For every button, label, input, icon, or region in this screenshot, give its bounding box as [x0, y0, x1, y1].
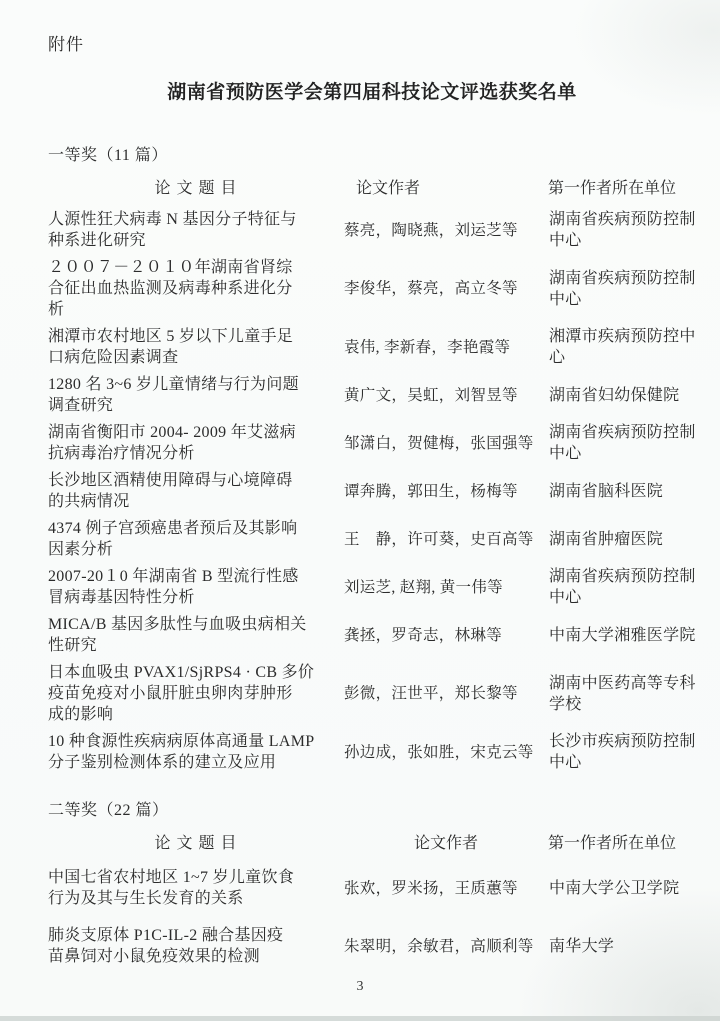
paper-authors: 李俊华，蔡亮，高立冬等 — [344, 278, 548, 299]
table-row: 湘潭市农村地区 5 岁以下儿童手足 口病危险因素调查 袁伟, 李新春，李艳霞等 … — [48, 326, 696, 368]
paper-institution: 湖南省疾病预防控制 中心 — [548, 268, 696, 310]
paper-title: 长沙地区酒精使用障碍与心境障碍 的共病情况 — [48, 470, 344, 512]
paper-authors: 彭微，汪世平，郑长黎等 — [344, 683, 548, 704]
table-row: 10 种食源性疾病病原体高通量 LAMP 分子鉴别检测体系的建立及应用 孙边成，… — [48, 731, 696, 773]
page-content: 附件 湖南省预防医学会第四届科技论文评选获奖名单 一等奖（11 篇） 论 文 题… — [0, 0, 720, 967]
first-prize-heading: 一等奖（11 篇） — [48, 142, 696, 165]
table-row: MICA/B 基因多肽性与血吸虫病相关 性研究 龚拯，罗奇志，林琳等 中南大学湘… — [48, 614, 696, 656]
column-header-authors: 论文作者 — [344, 175, 548, 198]
second-prize-table: 中国七省农村地区 1~7 岁儿童饮食 行为及其与生长发育的关系 张欢，罗米扬，王… — [48, 867, 696, 967]
paper-institution: 湖南省肿瘤医院 — [548, 529, 696, 550]
paper-institution: 湖南中医药高等专科 学校 — [548, 673, 696, 715]
table-row: 长沙地区酒精使用障碍与心境障碍 的共病情况 谭奔腾，郭田生，杨梅等 湖南省脑科医… — [48, 470, 696, 512]
paper-authors: 张欢，罗米扬，王质蕙等 — [344, 878, 548, 899]
table-row: 日本血吸虫 PVAX1/SjRPS4 · CB 多价 疫苗免疫对小鼠肝脏虫卵肉芽… — [48, 662, 696, 725]
paper-title: MICA/B 基因多肽性与血吸虫病相关 性研究 — [48, 614, 344, 656]
scan-edge-artifact — [0, 1016, 720, 1021]
paper-institution: 湖南省妇幼保健院 — [548, 385, 696, 406]
table-row: 人源性狂犬病毒 N 基因分子特征与 种系进化研究 蔡亮，陶晓燕，刘运芝等 湖南省… — [48, 209, 696, 251]
paper-institution: 南华大学 — [548, 936, 696, 957]
paper-authors: 谭奔腾，郭田生，杨梅等 — [344, 481, 548, 502]
paper-authors: 刘运芝, 赵翔, 黄一伟等 — [344, 577, 548, 598]
paper-institution: 长沙市疾病预防控制 中心 — [548, 731, 696, 773]
paper-title: 湘潭市农村地区 5 岁以下儿童手足 口病危险因素调查 — [48, 326, 344, 368]
paper-title: 日本血吸虫 PVAX1/SjRPS4 · CB 多价 疫苗免疫对小鼠肝脏虫卵肉芽… — [48, 662, 344, 725]
paper-authors: 蔡亮，陶晓燕，刘运芝等 — [344, 220, 548, 241]
paper-title: 10 种食源性疾病病原体高通量 LAMP 分子鉴别检测体系的建立及应用 — [48, 731, 344, 773]
paper-institution: 中南大学湘雅医学院 — [548, 625, 696, 646]
paper-institution: 湖南省脑科医院 — [548, 481, 696, 502]
paper-institution: 湖南省疾病预防控制 中心 — [548, 566, 696, 608]
paper-title: 中国七省农村地区 1~7 岁儿童饮食 行为及其与生长发育的关系 — [48, 867, 344, 909]
document-title: 湖南省预防医学会第四届科技论文评选获奖名单 — [48, 77, 696, 104]
second-prize-heading: 二等奖（22 篇） — [48, 797, 696, 820]
column-header-title: 论 文 题 目 — [48, 175, 344, 198]
paper-institution: 中南大学公卫学院 — [548, 878, 696, 899]
paper-title: 1280 名 3~6 岁儿童情绪与行为问题 调查研究 — [48, 374, 344, 416]
column-header-institution: 第一作者所在单位 — [548, 175, 696, 198]
table-row: 中国七省农村地区 1~7 岁儿童饮食 行为及其与生长发育的关系 张欢，罗米扬，王… — [48, 867, 696, 909]
paper-authors: 朱翠明，余敏君，高顺利等 — [344, 936, 548, 957]
table-row: 2007-20１0 年湖南省 B 型流行性感 冒病毒基因特性分析 刘运芝, 赵翔… — [48, 566, 696, 608]
column-header-institution: 第一作者所在单位 — [548, 830, 696, 853]
table-row: 1280 名 3~6 岁儿童情绪与行为问题 调查研究 黄广文，吴虹，刘智昱等 湖… — [48, 374, 696, 416]
paper-authors: 邹潇白，贺健梅，张国强等 — [344, 433, 548, 454]
paper-authors: 龚拯，罗奇志，林琳等 — [344, 625, 548, 646]
table-row: ２００７－２０１０年湖南省肾综 合征出血热监测及病毒种系进化分 析 李俊华，蔡亮… — [48, 257, 696, 320]
paper-institution: 湖南省疾病预防控制 中心 — [548, 422, 696, 464]
page-number: 3 — [0, 979, 720, 995]
paper-title: 2007-20１0 年湖南省 B 型流行性感 冒病毒基因特性分析 — [48, 566, 344, 608]
paper-authors: 袁伟, 李新春，李艳霞等 — [344, 337, 548, 358]
attachment-label: 附件 — [48, 30, 696, 55]
table-row: 肺炎支原体 P1C-IL-2 融合基因疫 苗鼻饲对小鼠免疫效果的检测 朱翠明，余… — [48, 925, 696, 967]
column-header-title: 论 文 题 目 — [48, 830, 344, 853]
paper-authors: 孙边成，张如胜，宋克云等 — [344, 742, 548, 763]
paper-title: 湖南省衡阳市 2004- 2009 年艾滋病 抗病毒治疗情况分析 — [48, 422, 344, 464]
column-header-authors: 论文作者 — [344, 830, 548, 853]
table-row: 湖南省衡阳市 2004- 2009 年艾滋病 抗病毒治疗情况分析 邹潇白，贺健梅… — [48, 422, 696, 464]
paper-authors: 王 静，许可葵，史百高等 — [344, 529, 548, 550]
paper-institution: 湖南省疾病预防控制 中心 — [548, 209, 696, 251]
paper-authors: 黄广文，吴虹，刘智昱等 — [344, 385, 548, 406]
second-prize-table-header: 论 文 题 目 论文作者 第一作者所在单位 — [48, 830, 696, 853]
first-prize-table-header: 论 文 题 目 论文作者 第一作者所在单位 — [48, 175, 696, 198]
paper-institution: 湘潭市疾病预防控中 心 — [548, 326, 696, 368]
paper-title: 人源性狂犬病毒 N 基因分子特征与 种系进化研究 — [48, 209, 344, 251]
table-row: 4374 例子宫颈癌患者预后及其影响 因素分析 王 静，许可葵，史百高等 湖南省… — [48, 518, 696, 560]
paper-title: 肺炎支原体 P1C-IL-2 融合基因疫 苗鼻饲对小鼠免疫效果的检测 — [48, 925, 344, 967]
first-prize-table: 人源性狂犬病毒 N 基因分子特征与 种系进化研究 蔡亮，陶晓燕，刘运芝等 湖南省… — [48, 209, 696, 773]
paper-title: 4374 例子宫颈癌患者预后及其影响 因素分析 — [48, 518, 344, 560]
scanned-document-page: 附件 湖南省预防医学会第四届科技论文评选获奖名单 一等奖（11 篇） 论 文 题… — [0, 0, 720, 1021]
paper-title: ２００７－２０１０年湖南省肾综 合征出血热监测及病毒种系进化分 析 — [48, 257, 344, 320]
